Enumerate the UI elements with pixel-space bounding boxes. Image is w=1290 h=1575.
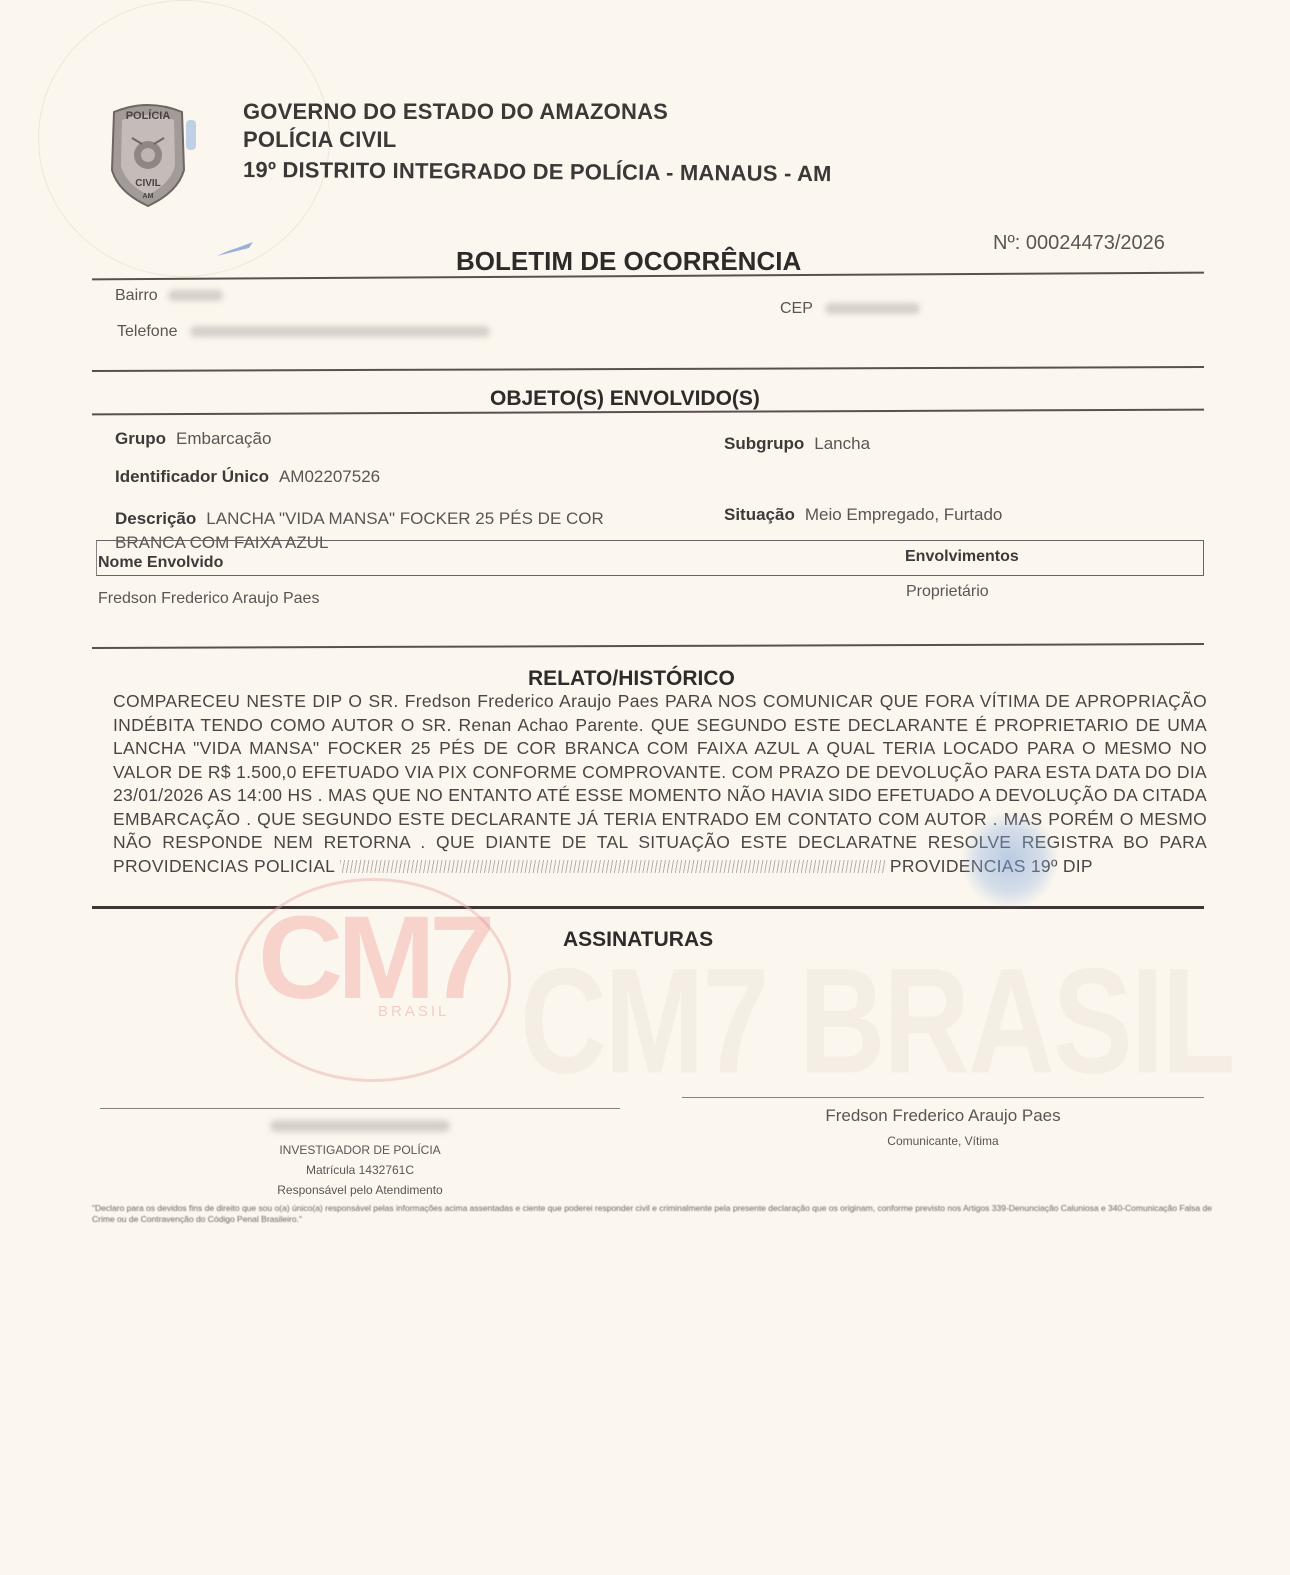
subgrupo-field: SubgrupoLancha: [724, 434, 870, 454]
divider: [92, 643, 1204, 649]
svg-text:AM: AM: [143, 193, 154, 200]
cep-row: CEP: [780, 300, 920, 318]
bairro-label: Bairro: [115, 287, 158, 304]
header-district: 19º DISTRITO INTEGRADO DE POLÍCIA - MANA…: [243, 157, 832, 187]
divider: [92, 366, 1204, 372]
section-title-assinaturas: ASSINATURAS: [563, 928, 713, 952]
cep-value-redacted: [825, 303, 920, 314]
legal-disclaimer: "Declaro para os devidos fins de direito…: [92, 1203, 1212, 1225]
identificador-field: Identificador ÚnicoAM02207526: [115, 467, 380, 487]
signature-left: INVESTIGADOR DE POLÍCIA Matrícula 143276…: [100, 1117, 620, 1197]
hatch-filler: [340, 860, 885, 873]
telefone-label: Telefone: [117, 323, 178, 340]
header-government: GOVERNO DO ESTADO DO AMAZONAS: [243, 99, 668, 125]
watermark-big-text: CM7 BRASIL: [520, 935, 1233, 1108]
signature-line-left: [100, 1108, 620, 1109]
complainant-name: Fredson Frederico Araujo Paes: [682, 1106, 1204, 1126]
complainant-role: Comunicante, Vítima: [682, 1134, 1204, 1148]
watermark-logo-text: CM7: [258, 890, 489, 1026]
officer-role: INVESTIGADOR DE POLÍCIA: [100, 1143, 620, 1157]
svg-text:CIVIL: CIVIL: [135, 178, 161, 189]
situacao-label: Situação: [724, 505, 795, 524]
signature-right: Fredson Frederico Araujo Paes Comunicant…: [682, 1106, 1204, 1148]
signature-line-right: [682, 1097, 1204, 1098]
identificador-label: Identificador Único: [115, 467, 269, 486]
telefone-row: Telefone: [117, 323, 490, 341]
policia-civil-seal-icon: POLÍCIA CIVIL AM: [108, 100, 188, 208]
situacao-field: SituaçãoMeio Empregado, Furtado: [724, 505, 1002, 525]
telefone-value-redacted: [190, 326, 490, 337]
table-cell-envolvimento: Proprietário: [906, 583, 989, 601]
table-cell-nome: Fredson Frederico Araujo Paes: [98, 590, 319, 608]
officer-note: Responsável pelo Atendimento: [100, 1183, 620, 1197]
grupo-value: Embarcação: [176, 429, 271, 448]
blue-stamp-mark: [960, 810, 1060, 910]
situacao-value: Meio Empregado, Furtado: [805, 505, 1003, 524]
col-header-nome: Nome Envolvido: [98, 554, 223, 572]
involved-table-header: [96, 540, 1204, 576]
section-title-relato: RELATO/HISTÓRICO: [528, 667, 735, 691]
bairro-row: Bairro: [115, 287, 223, 305]
grupo-field: GrupoEmbarcação: [115, 429, 271, 449]
ink-mark: [186, 120, 196, 150]
officer-matricula: Matrícula 1432761C: [100, 1163, 620, 1177]
officer-name-redacted: [270, 1120, 450, 1132]
watermark-logo-sub: BRASIL: [378, 1003, 449, 1020]
col-header-envolvimentos: Envolvimentos: [905, 548, 1019, 566]
header-police: POLÍCIA CIVIL: [243, 127, 396, 153]
pen-mark-icon: [215, 240, 257, 258]
descricao-value-line1: LANCHA "VIDA MANSA" FOCKER 25 PÉS DE COR: [206, 509, 604, 528]
cep-label: CEP: [780, 300, 813, 317]
bo-number: Nº: 00024473/2026: [993, 232, 1165, 255]
bairro-value-redacted: [168, 290, 223, 301]
subgrupo-label: Subgrupo: [724, 434, 804, 453]
grupo-label: Grupo: [115, 429, 166, 448]
svg-text:POLÍCIA: POLÍCIA: [126, 109, 171, 122]
subgrupo-value: Lancha: [814, 434, 870, 453]
document-title: BOLETIM DE OCORRÊNCIA: [456, 246, 801, 277]
descricao-label: Descrição: [115, 509, 196, 528]
identificador-value: AM02207526: [279, 467, 380, 486]
section-title-objetos: OBJETO(S) ENVOLVIDO(S): [490, 387, 760, 411]
